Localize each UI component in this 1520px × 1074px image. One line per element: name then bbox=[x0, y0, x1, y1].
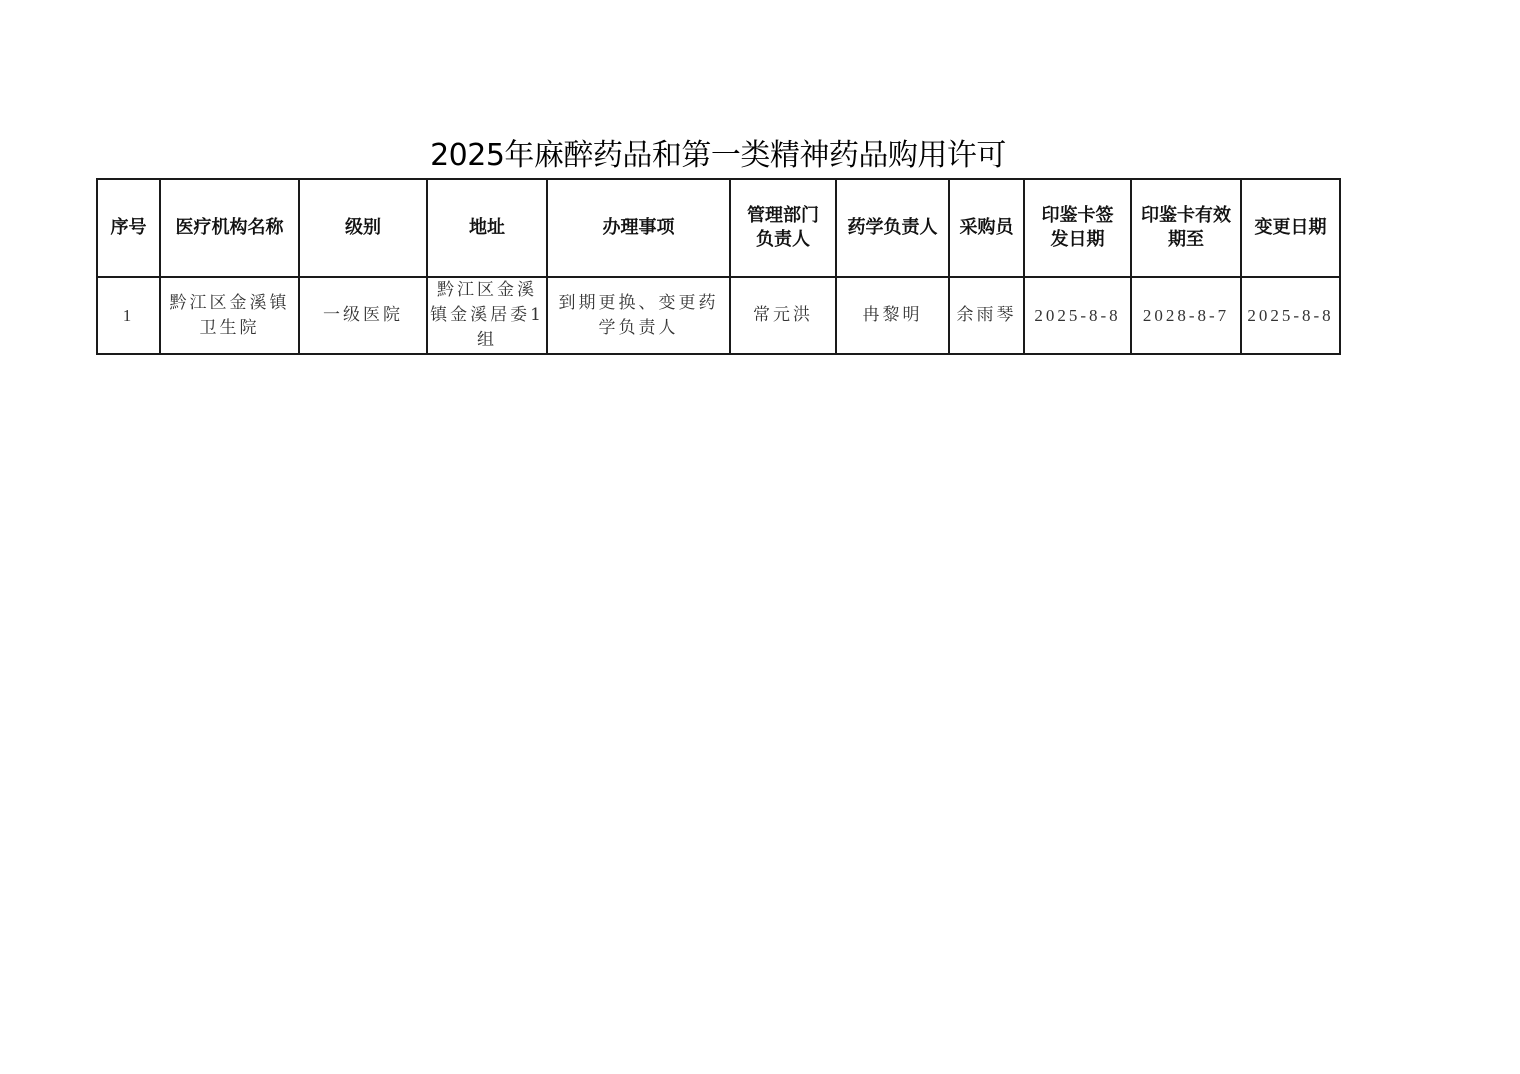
cell-pharmacy-head: 冉黎明 bbox=[836, 277, 949, 354]
header-dept-head: 管理部门 负责人 bbox=[730, 179, 836, 277]
header-matter: 办理事项 bbox=[547, 179, 730, 277]
header-issue-date-line1: 印鉴卡签 bbox=[1042, 205, 1114, 226]
table-row: 1 黔江区金溪镇卫生院 一级医院 黔江区金溪镇金溪居委1组 到期更换、变更药学负… bbox=[97, 277, 1340, 354]
cell-matter: 到期更换、变更药学负责人 bbox=[547, 277, 730, 354]
header-pharmacy-head: 药学负责人 bbox=[836, 179, 949, 277]
cell-purchaser: 余雨琴 bbox=[949, 277, 1024, 354]
cell-institution: 黔江区金溪镇卫生院 bbox=[160, 277, 299, 354]
header-index: 序号 bbox=[97, 179, 160, 277]
table-header-row: 序号 医疗机构名称 级别 地址 办理事项 管理部门 负责人 药学负责人 采购员 … bbox=[97, 179, 1340, 277]
header-address: 地址 bbox=[427, 179, 547, 277]
cell-dept-head: 常元洪 bbox=[730, 277, 836, 354]
cell-valid-until: 2028-8-7 bbox=[1131, 277, 1241, 354]
cell-change-date: 2025-8-8 bbox=[1241, 277, 1340, 354]
header-dept-head-line1: 管理部门 bbox=[747, 205, 819, 226]
permit-table: 序号 医疗机构名称 级别 地址 办理事项 管理部门 负责人 药学负责人 采购员 … bbox=[96, 178, 1341, 355]
header-dept-head-line2: 负责人 bbox=[756, 229, 810, 250]
header-institution: 医疗机构名称 bbox=[160, 179, 299, 277]
cell-issue-date: 2025-8-8 bbox=[1024, 277, 1131, 354]
header-valid-until: 印鉴卡有效 期至 bbox=[1131, 179, 1241, 277]
header-issue-date: 印鉴卡签 发日期 bbox=[1024, 179, 1131, 277]
header-valid-until-line1: 印鉴卡有效 bbox=[1141, 205, 1231, 226]
header-valid-until-line2: 期至 bbox=[1168, 229, 1204, 250]
header-purchaser: 采购员 bbox=[949, 179, 1024, 277]
document-title: 2025年麻醉药品和第一类精神药品购用许可 bbox=[0, 134, 1436, 178]
cell-index: 1 bbox=[97, 277, 160, 354]
header-level: 级别 bbox=[299, 179, 427, 277]
header-change-date: 变更日期 bbox=[1241, 179, 1340, 277]
header-issue-date-line2: 发日期 bbox=[1051, 229, 1105, 250]
cell-level: 一级医院 bbox=[299, 277, 427, 354]
cell-address: 黔江区金溪镇金溪居委1组 bbox=[427, 277, 547, 354]
